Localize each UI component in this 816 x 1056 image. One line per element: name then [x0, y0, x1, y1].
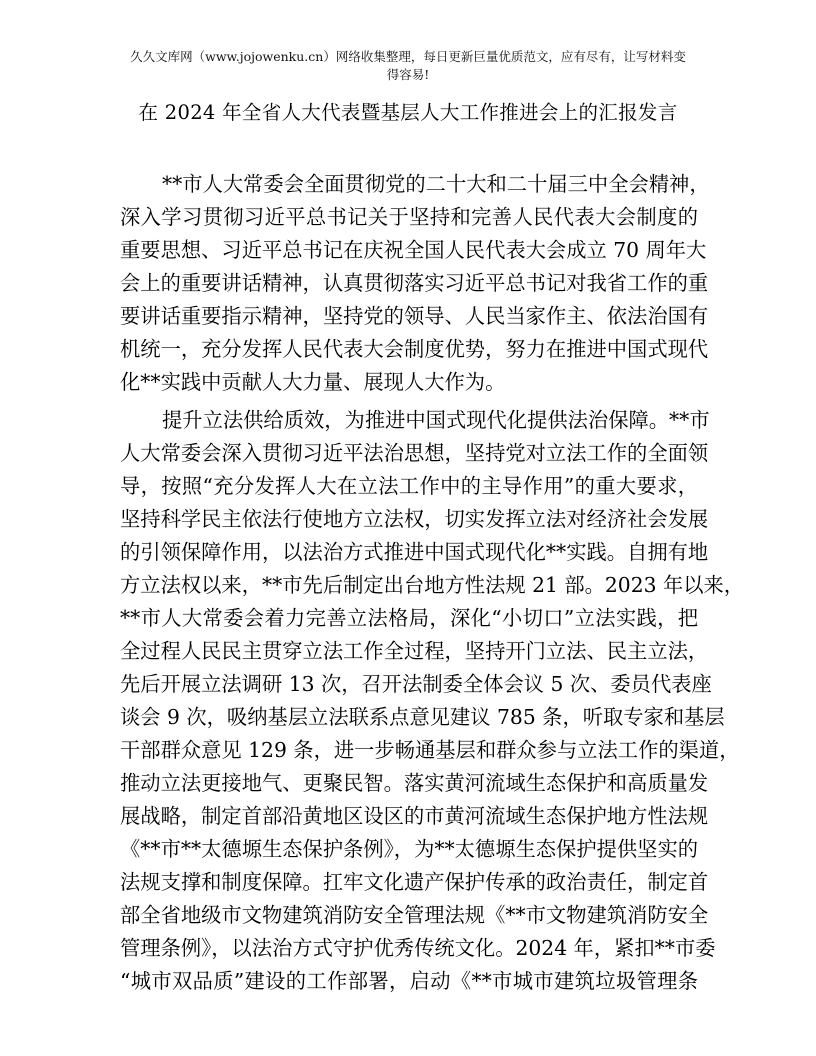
text-line: 法规支撑和制度保障。扛牢文化遗产保护传承的政治责任，制定首 [120, 866, 698, 899]
text-line: 谈会 9 次，吸纳基层立法联系点意见建议 785 条，听取专家和基层 [120, 701, 698, 734]
text-line: “城市双品质”建设的工作部署，启动《**市城市建筑垃圾管理条 [120, 965, 698, 998]
text-line: 管理条例》，以法治方式守护优秀传统文化。2024 年，紧扣**市委 [120, 932, 698, 965]
text-line: 坚持科学民主依法行使地方立法权，切实发挥立法对经济社会发展 [120, 503, 698, 536]
text-line: 提升立法供给质效，为推进中国式现代化提供法治保障。**市 [120, 404, 698, 437]
text-line: 机统一，充分发挥人民代表大会制度优势，努力在推进中国式现代 [120, 333, 698, 366]
text-line: 推动立法更接地气、更聚民智。落实黄河流域生态保护和高质量发 [120, 767, 698, 800]
text-line: 的引领保障作用，以法治方式推进中国式现代化**实践。自拥有地 [120, 536, 698, 569]
text-line: **市人大常委会全面贯彻党的二十大和二十届三中全会精神， [120, 168, 698, 201]
document-body: **市人大常委会全面贯彻党的二十大和二十届三中全会精神， 深入学习贯彻习近平总书… [120, 168, 698, 998]
watermark-line-1: 久久文库网（www.jojowenku.cn）网络收集整理，每日更新巨量优质范文… [110, 48, 706, 66]
document-title: 在 2024 年全省人大代表暨基层人大工作推进会上的汇报发言 [0, 98, 816, 128]
source-watermark-note: 久久文库网（www.jojowenku.cn）网络收集整理，每日更新巨量优质范文… [110, 48, 706, 84]
text-line: 《**市**太德塬生态保护条例》，为**太德塬生态保护提供坚实的 [120, 833, 698, 866]
paragraph-2: 提升立法供给质效，为推进中国式现代化提供法治保障。**市 人大常委会深入贯彻习近… [120, 404, 698, 998]
text-line: 展战略，制定首部沿黄地区设区的市黄河流域生态保护地方性法规 [120, 800, 698, 833]
text-line: 重要思想、习近平总书记在庆祝全国人民代表大会成立 70 周年大 [120, 234, 698, 267]
text-line: 全过程人民民主贯穿立法工作全过程，坚持开门立法、民主立法， [120, 635, 698, 668]
text-line: 深入学习贯彻习近平总书记关于坚持和完善人民代表大会制度的 [120, 201, 698, 234]
text-line: 会上的重要讲话精神，认真贯彻落实习近平总书记对我省工作的重 [120, 267, 698, 300]
document-page: 久久文库网（www.jojowenku.cn）网络收集整理，每日更新巨量优质范文… [0, 0, 816, 1056]
text-line: 方立法权以来，**市先后制定出台地方性法规 21 部。2023 年以来， [120, 569, 698, 602]
text-line: 干部群众意见 129 条，进一步畅通基层和群众参与立法工作的渠道， [120, 734, 698, 767]
watermark-line-2: 得容易! [110, 66, 706, 84]
text-line: **市人大常委会着力完善立法格局，深化“小切口”立法实践，把 [120, 602, 698, 635]
text-line: 部全省地级市文物建筑消防安全管理法规《**市文物建筑消防安全 [120, 899, 698, 932]
text-line: 先后开展立法调研 13 次，召开法制委全体会议 5 次、委员代表座 [120, 668, 698, 701]
paragraph-1: **市人大常委会全面贯彻党的二十大和二十届三中全会精神， 深入学习贯彻习近平总书… [120, 168, 698, 399]
text-line: 化**实践中贡献人大力量、展现人大作为。 [120, 366, 698, 399]
text-line: 导，按照“充分发挥人大在立法工作中的主导作用”的重大要求， [120, 470, 698, 503]
text-line: 人大常委会深入贯彻习近平法治思想，坚持党对立法工作的全面领 [120, 437, 698, 470]
text-line: 要讲话重要指示精神，坚持党的领导、人民当家作主、依法治国有 [120, 300, 698, 333]
